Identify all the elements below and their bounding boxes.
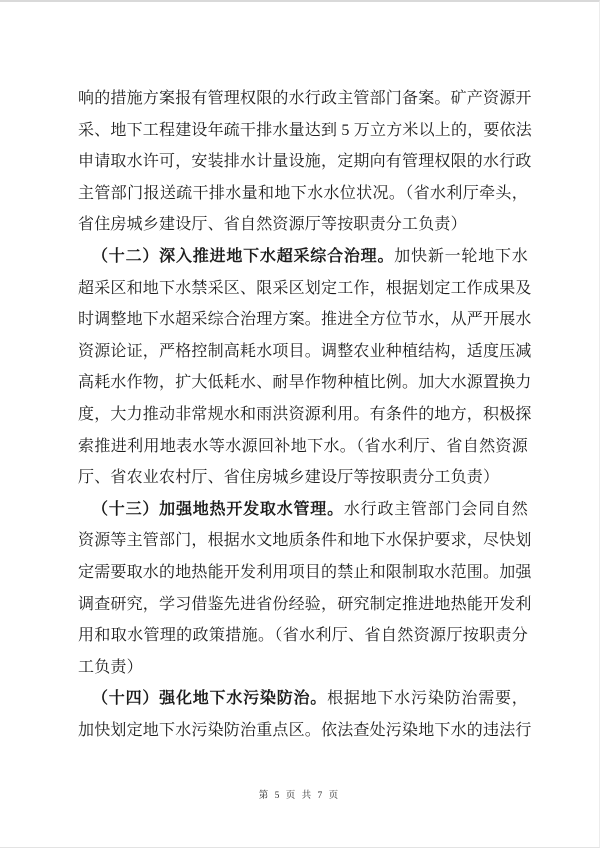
text-line: 度，大力推动非常规水和雨洪资源利用。有条件的地方，积极探 — [78, 399, 528, 431]
text-run: 定需要取水的地热能开发利用项目的禁止和限制取水范围。加强 — [78, 564, 532, 581]
text-run: 水行政主管部门会同自然 — [344, 501, 528, 518]
text-run: 申请取水许可，安装排水计量设施，定期向有管理权限的水行政 — [78, 153, 532, 170]
text-line: 定需要取水的地热能开发利用项目的禁止和限制取水范围。加强 — [78, 557, 528, 589]
text-run: 加快划定地下水污染防治重点区。依法查处污染地下水的违法行 — [78, 722, 532, 739]
section-heading: （十三）加强地热开发取水管理。 — [92, 501, 344, 518]
text-line: 工负责） — [78, 652, 528, 684]
text-run: 厅、省农业农村厅、省住房城乡建设厅等按职责分工负责） — [78, 469, 499, 486]
text-line: 采、地下工程建设年疏干排水量达到 5 万立方米以上的，要依法 — [78, 115, 528, 147]
text-line: 省住房城乡建设厅、省自然资源厅等按职责分工负责） — [78, 209, 528, 241]
text-run: 度，大力推动非常规水和雨洪资源利用。有条件的地方，积极探 — [78, 406, 532, 423]
text-line: 索推进利用地表水等水源回补地下水。（省水利厅、省自然资源 — [78, 431, 528, 463]
text-run: 采、地下工程建设年疏干排水量达到 5 万立方米以上的，要依法 — [78, 122, 532, 139]
section-heading-line: （十四）强化地下水污染防治。根据地下水污染防治需要， — [78, 683, 528, 715]
text-line: 主管部门报送疏干排水量和地下水水位状况。（省水利厅牵头， — [78, 178, 528, 210]
page-number-footer: 第 5 页 共 7 页 — [0, 787, 599, 801]
document-page: 响的措施方案报有管理权限的水行政主管部门备案。矿产资源开采、地下工程建设年疏干排… — [0, 0, 600, 848]
section-heading-line: （十三）加强地热开发取水管理。水行政主管部门会同自然 — [78, 494, 528, 526]
section-heading-line: （十二）深入推进地下水超采综合治理。加快新一轮地下水 — [78, 241, 528, 273]
text-line: 时调整地下水超采综合治理方案。推进全方位节水，从严开展水 — [78, 304, 528, 336]
text-run: 资源论证，严格控制高耗水项目。调整农业种植结构，适度压减 — [78, 343, 532, 360]
text-line: 厅、省农业农村厅、省住房城乡建设厅等按职责分工负责） — [78, 462, 528, 494]
text-run: 时调整地下水超采综合治理方案。推进全方位节水，从严开展水 — [78, 311, 532, 328]
document-body: 响的措施方案报有管理权限的水行政主管部门备案。矿产资源开采、地下工程建设年疏干排… — [78, 83, 528, 746]
section-heading: （十四）强化地下水污染防治。 — [92, 690, 327, 707]
section-heading: （十二）深入推进地下水超采综合治理。 — [92, 248, 394, 265]
text-run: 资源等主管部门，根据水文地质条件和地下水保护要求，尽快划 — [78, 532, 532, 549]
text-line: 响的措施方案报有管理权限的水行政主管部门备案。矿产资源开 — [78, 83, 528, 115]
text-run: 加快新一轮地下水 — [394, 248, 528, 265]
text-run: 根据地下水污染防治需要， — [327, 690, 528, 707]
text-line: 资源等主管部门，根据水文地质条件和地下水保护要求，尽快划 — [78, 525, 528, 557]
text-run: 超采区和地下水禁采区、限采区划定工作，根据划定工作成果及 — [78, 280, 532, 297]
text-run: 工负责） — [78, 659, 143, 676]
text-run: 调查研究，学习借鉴先进省份经验，研究制定推进地热能开发利 — [78, 596, 532, 613]
text-run: 响的措施方案报有管理权限的水行政主管部门备案。矿产资源开 — [78, 90, 532, 107]
text-run: 用和取水管理的政策措施。（省水利厅、省自然资源厅按职责分 — [78, 627, 528, 644]
text-line: 申请取水许可，安装排水计量设施，定期向有管理权限的水行政 — [78, 146, 528, 178]
text-run: 主管部门报送疏干排水量和地下水水位状况。（省水利厅牵头， — [78, 185, 528, 202]
text-line: 调查研究，学习借鉴先进省份经验，研究制定推进地热能开发利 — [78, 589, 528, 621]
text-line: 加快划定地下水污染防治重点区。依法查处污染地下水的违法行 — [78, 715, 528, 747]
text-line: 资源论证，严格控制高耗水项目。调整农业种植结构，适度压减 — [78, 336, 528, 368]
text-run: 索推进利用地表水等水源回补地下水。（省水利厅、省自然资源 — [78, 438, 528, 455]
text-line: 用和取水管理的政策措施。（省水利厅、省自然资源厅按职责分 — [78, 620, 528, 652]
text-line: 高耗水作物，扩大低耗水、耐旱作物种植比例。加大水源置换力 — [78, 367, 528, 399]
text-run: 高耗水作物，扩大低耗水、耐旱作物种植比例。加大水源置换力 — [78, 374, 532, 391]
text-run: 省住房城乡建设厅、省自然资源厅等按职责分工负责） — [78, 216, 467, 233]
text-line: 超采区和地下水禁采区、限采区划定工作，根据划定工作成果及 — [78, 273, 528, 305]
